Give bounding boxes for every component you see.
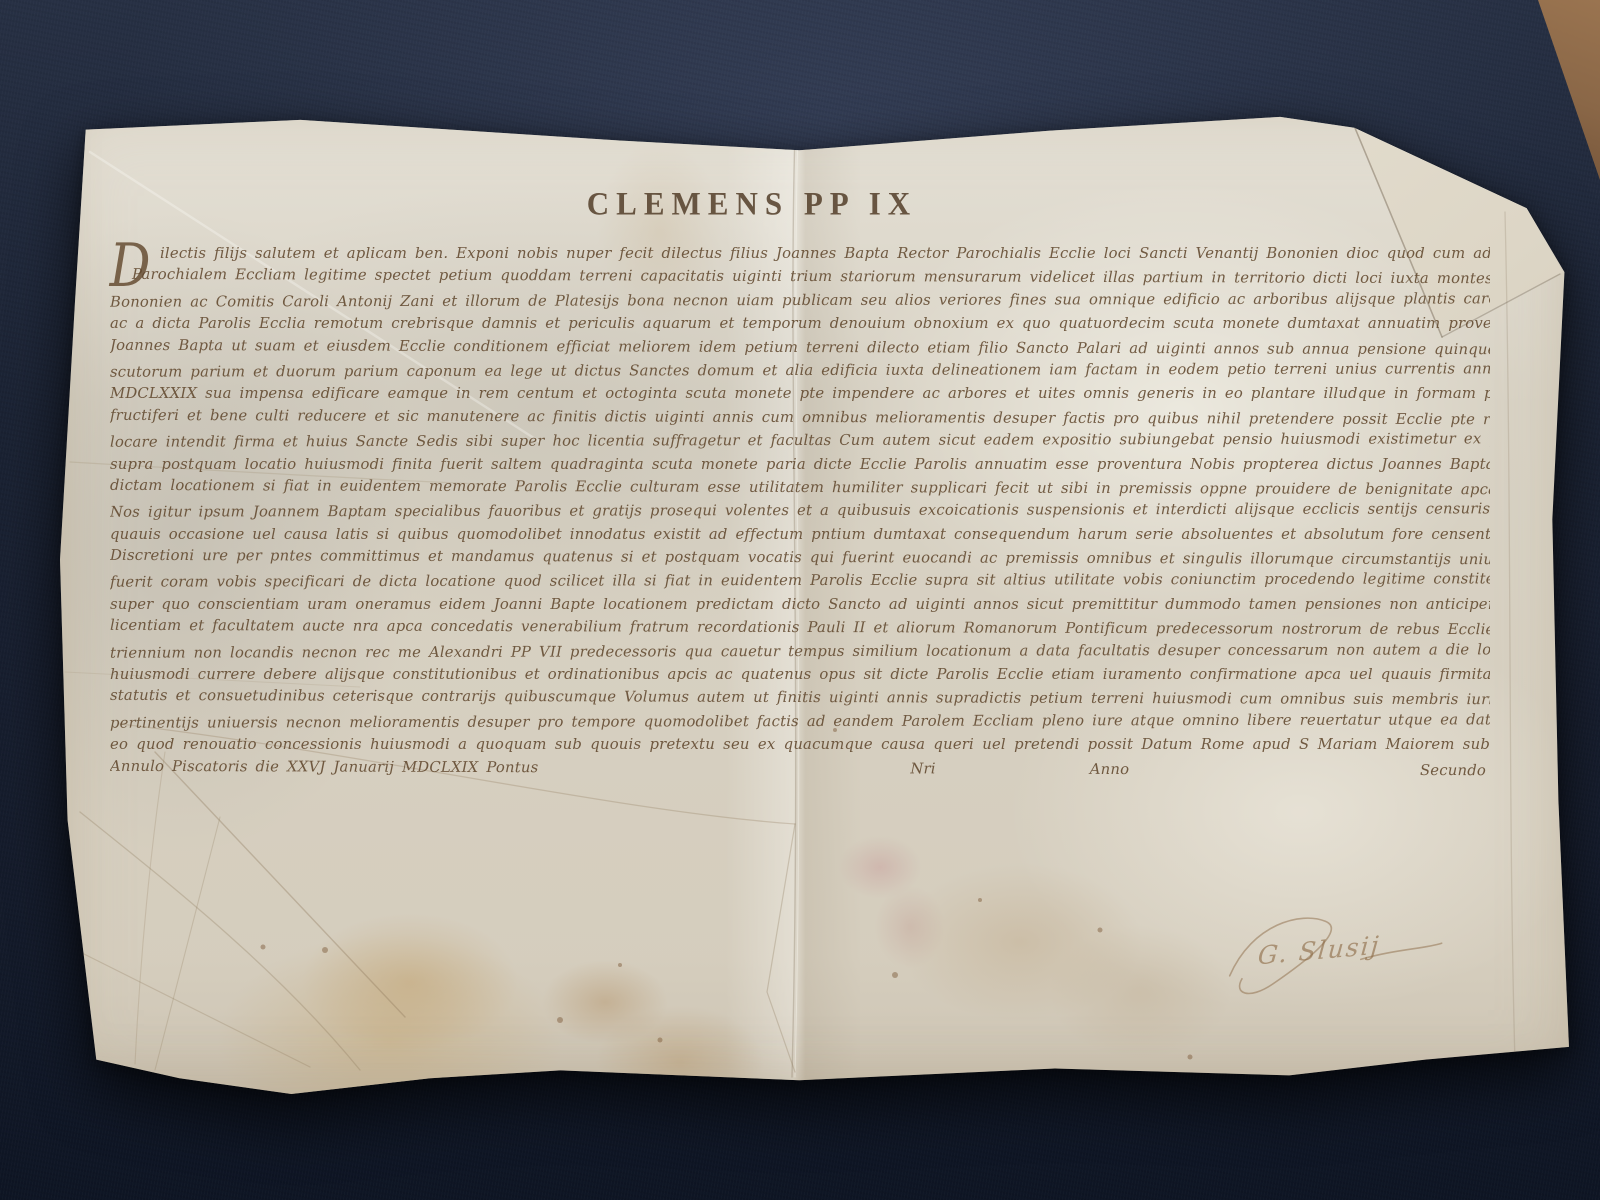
manuscript-body: D ilectis filijs salutem et aplicam ben.… — [110, 242, 1490, 780]
manuscript-line: fuerit coram vobis specificari de dicta … — [110, 568, 1490, 595]
date-line: Annulo Piscatoris die XXVJ Januarij MDCL… — [110, 754, 1490, 782]
manuscript-line: huiusmodi currere debere alijsque consti… — [110, 663, 1490, 686]
parchment-wrap: CLEMENS PP IX D ilectis filijs salutem e… — [0, 0, 1600, 1200]
manuscript-line: supra postquam locatio huiusmodi finita … — [110, 453, 1490, 476]
pontificate-anno: Anno — [1090, 758, 1130, 782]
manuscript-line: locare intendit firma et huius Sancte Se… — [110, 427, 1490, 454]
manuscript-line: super quo conscientiam uram oneramus eid… — [110, 593, 1490, 616]
manuscript-line: Bononien ac Comitis Caroli Antonij Zani … — [110, 287, 1490, 314]
parchment-document: CLEMENS PP IX D ilectis filijs salutem e… — [60, 112, 1572, 1094]
manuscript-line: quauis occasione uel causa latis si quib… — [110, 523, 1490, 546]
pontificate-nostri: Nri — [910, 757, 935, 780]
manuscript-line: scutorum parium et duorum parium caponum… — [110, 357, 1490, 384]
manuscript-line: Nos igitur ipsum Joannem Baptam speciali… — [110, 498, 1490, 525]
manuscript-text-column: CLEMENS PP IX D ilectis filijs salutem e… — [110, 172, 1490, 780]
manuscript-line: statutis et consuetudinibus ceterisque c… — [110, 684, 1490, 712]
manuscript-line: ilectis filijs salutem et aplicam ben. E… — [110, 242, 1490, 265]
papal-title: CLEMENS PP IX — [62, 185, 1442, 222]
date-text: Annulo Piscatoris die XXVJ Januarij MDCL… — [110, 757, 538, 775]
manuscript-line: licentiam et facultatem aucte nra apca c… — [110, 614, 1490, 642]
manuscript-line: eo quod renouatio concessionis huiusmodi… — [110, 733, 1490, 756]
manuscript-line: ac a dicta Parolis Ecclia remotum crebri… — [110, 312, 1490, 335]
manuscript-line: Parochialem Eccliam legitime spectet pet… — [110, 263, 1490, 291]
photo-backdrop: CLEMENS PP IX D ilectis filijs salutem e… — [0, 0, 1600, 1200]
manuscript-line: triennium non locandis necnon rec me Ale… — [110, 638, 1490, 665]
pontificate-secundo: Secundo — [1420, 759, 1486, 783]
manuscript-line: pertinentijs uniuersis necnon melioramen… — [110, 708, 1490, 735]
manuscript-line: MDCLXXIX sua impensa edificare eamque in… — [110, 382, 1490, 405]
